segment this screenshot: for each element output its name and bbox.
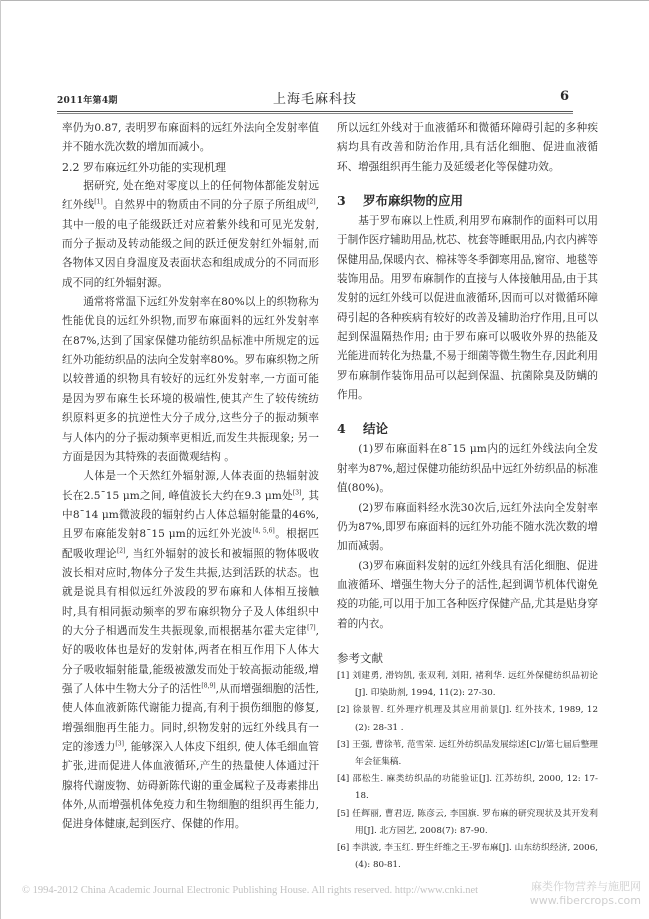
section-number: 4	[337, 418, 363, 440]
citation: [4, 5,6]	[252, 528, 274, 535]
citation: [3]	[115, 740, 124, 747]
subsection-heading: 2.2 罗布麻远红外功能的实现机理	[62, 158, 319, 177]
reference-item: [3] 王强, 曹徐苇, 范雪荣. 远红外纺织品发展综述[C]//第七届后整理年…	[337, 737, 598, 771]
text-run: ,其中一般的电子能级跃迁对应着紫外线和可见光发射,而分子振动及转动能级之间的跃迁…	[62, 199, 319, 288]
paragraph: 人体是一个天然红外辐射源,人体表面的热辐射波长在2.5¯15 μm之间, 峰值波…	[62, 467, 319, 835]
conclusion-item: (3)罗布麻面料发射的远红外线具有活化细胞、促进血液循环、增强生物大分子的活性,…	[337, 557, 598, 634]
page-number: 6	[560, 89, 569, 104]
right-column: 所以远红外线对于血液循环和微循环障碍引起的多种疾病均具有改善和防治作用,具有活化…	[337, 119, 598, 874]
reference-item: [1] 刘建勇, 滑钧凯, 张双利, 刘阳, 褚利华. 远红外保健纺织品初论[J…	[337, 668, 598, 702]
citation: [7]	[307, 624, 316, 631]
copyright-notice: © 1994-2012 China Academic Journal Elect…	[22, 885, 478, 896]
citation: [1]	[94, 199, 103, 206]
section-title: 结论	[363, 421, 388, 436]
reference-item: [4] 邵松生. 麻类纺织品的功能验证[J]. 江苏纺织, 2000, 12: …	[337, 771, 598, 805]
header-rule-secondary	[57, 113, 573, 114]
journal-title: 上海毛麻科技	[57, 88, 573, 107]
site-watermark: 麻类作物营养与施肥网 www.fibercrops.com	[530, 880, 641, 908]
paragraph-continued: 率仍为0.87, 表明罗布麻面料的远红外法向全发射率值并不随水洗次数的增加而减小…	[62, 119, 319, 158]
page-frame-top	[0, 0, 649, 1]
text-run: 。自然界中的物质由不同的分子原子所组成	[103, 199, 307, 211]
paragraph: 据研究, 处在绝对零度以上的任何物体都能发射远红外线[1]。自然界中的物质由不同…	[62, 177, 319, 293]
header-rule	[57, 111, 573, 112]
text-run: , 能够深入人体皮下组织, 使人体毛细血管扩张,进而促进人体血液循环,产生的热量…	[62, 741, 319, 830]
conclusion-item: (2)罗布麻面料经水洗30次后,远红外法向全发射率仍为87%,即罗布麻面料的远红…	[337, 499, 598, 557]
reference-item: [6] 李洪波, 李玉红. 野生纤维之王-罗布麻[J]. 山东纺织经济, 200…	[337, 840, 598, 874]
section-heading-4: 4结论	[337, 418, 598, 440]
text-run: , 当红外辐射的波长和被辐照的物体吸收波长相对应时,物体分子发生共振,达到活跃的…	[62, 548, 319, 637]
page-frame-left	[0, 0, 1, 919]
citation: [2]	[307, 199, 316, 206]
section-title: 罗布麻织物的应用	[363, 193, 463, 208]
section-number: 3	[337, 190, 363, 212]
running-header: 2011年第4期 上海毛麻科技 6	[57, 86, 573, 108]
section-heading-3: 3罗布麻织物的应用	[337, 190, 598, 212]
text-run: 人体是一个天然红外辐射源,人体表面的热辐射波长在2.5¯15 μm之间, 峰值波…	[62, 470, 319, 501]
left-column: 率仍为0.87, 表明罗布麻面料的远红外法向全发射率值并不随水洗次数的增加而减小…	[62, 119, 319, 835]
watermark-site-name: 麻类作物营养与施肥网	[530, 880, 641, 894]
conclusion-item: (1)罗布麻面料在8¯15 μm内的远红外线法向全发射率为87%,超过保健功能纺…	[337, 440, 598, 498]
reference-item: [5] 任辉丽, 曹君迈, 陈彦云, 李国旗. 罗布麻的研究现状及其开发利用[J…	[337, 806, 598, 840]
citation: [8,9]	[201, 682, 215, 689]
paragraph-continued: 所以远红外线对于血液循环和微循环障碍引起的多种疾病均具有改善和防治作用,具有活化…	[337, 119, 598, 177]
watermark-url: www.fibercrops.com	[530, 894, 641, 908]
references-heading: 参考文献	[337, 648, 598, 668]
reference-item: [2] 徐景智. 红外理疗机理及其应用前景[J]. 红外技术, 1989, 12…	[337, 702, 598, 736]
paragraph: 通常将常温下远红外发射率在80%以上的织物称为性能优良的远红外织物,而罗布麻面料…	[62, 293, 319, 467]
paragraph: 基于罗布麻以上性质,利用罗布麻制作的面料可以用于制作医疗辅助用品,枕芯、枕套等睡…	[337, 212, 598, 405]
